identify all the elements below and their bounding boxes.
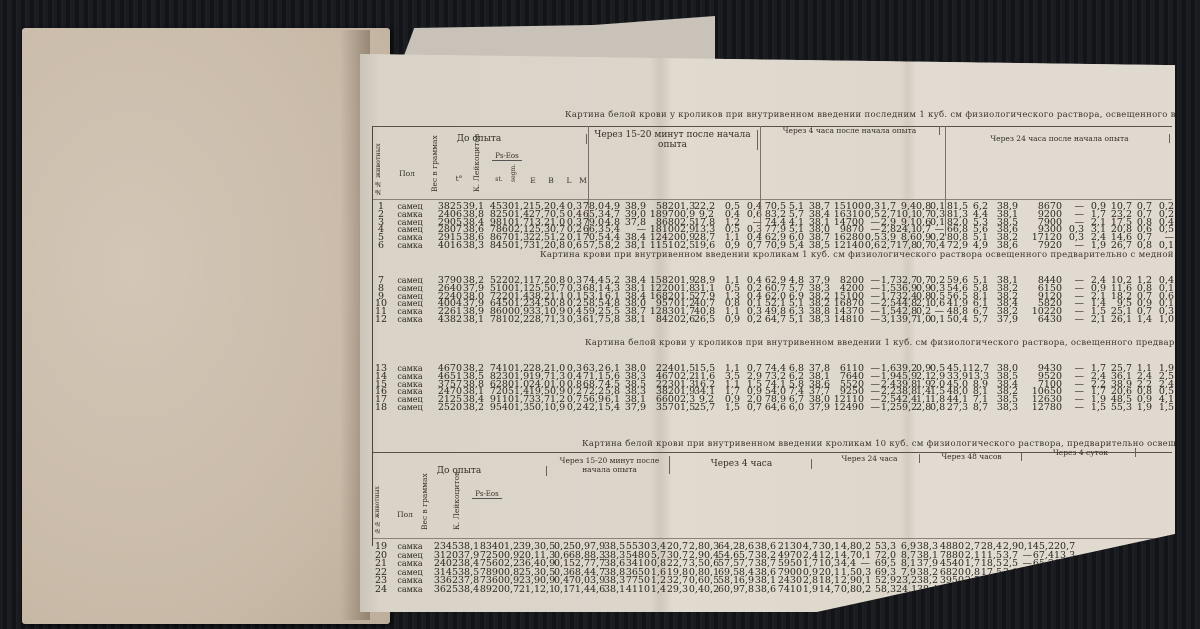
col-sex: Пол: [392, 169, 422, 178]
table-cell: 6,0: [786, 403, 804, 412]
table-cell: 2,5: [964, 576, 980, 585]
table-cell: 26,1: [1106, 315, 1132, 324]
table-cell: 4,6: [590, 585, 604, 594]
table-cell: 38,5: [804, 241, 830, 250]
table-cell: 6470: [938, 585, 964, 594]
table-cell: 0,2: [856, 585, 870, 594]
col-m: M: [578, 176, 588, 185]
table3-caption: Картина белой крови у кроликов при внутр…: [585, 338, 1175, 348]
table-cell: 1,5: [714, 403, 740, 412]
table-cell: 2,5: [680, 241, 694, 250]
t4-header-bottom-rule: [372, 538, 1172, 539]
table-cell: 27,4: [1174, 403, 1175, 412]
table-cell: 58,3: [870, 585, 896, 594]
col-l: L: [564, 176, 574, 185]
table-cell: 8,2: [604, 241, 620, 250]
table-cell: 67,8: [1032, 568, 1054, 577]
t1-group-24h: Через 24 часа после начала опыта: [950, 134, 1170, 143]
t1-header-bottom-rule: [372, 199, 1172, 200]
t1-group-4h: Через 4 часа после начала опыта: [760, 126, 940, 135]
table-cell: 0,8: [550, 241, 564, 250]
table-cell: 37,9: [620, 403, 646, 412]
table-cell: 64,9: [1174, 241, 1175, 250]
table-cell: 38,6: [988, 241, 1018, 250]
table-cell: 67,5: [1032, 585, 1054, 594]
table-cell: 4016: [432, 241, 462, 250]
table-cell: 2,7: [880, 241, 896, 250]
table-cell: 71,4: [568, 585, 590, 594]
col-animal-no: №№ животных: [374, 154, 382, 196]
table-row: 18самец252038,295401,350,10,90,242,15,43…: [374, 403, 1175, 412]
table-cell: 1,5: [1084, 403, 1106, 412]
table-cell: 12780: [1018, 403, 1062, 412]
table-cell: 72,9: [944, 241, 968, 250]
table-cell: 1,4: [1132, 315, 1152, 324]
table-cell: 24,1: [896, 585, 916, 594]
table-cell: 38,6: [754, 585, 776, 594]
foldout-table-sheet: Картина белой крови у кроликов при внутр…: [360, 54, 1175, 612]
table-cell: 6430: [1018, 315, 1062, 324]
table-cell: 1,3: [514, 403, 528, 412]
table-cell: 26,7: [1106, 241, 1132, 250]
table-cell: 57,5: [582, 241, 604, 250]
table-cell: 0,2: [704, 585, 718, 594]
table-cell: —: [1062, 241, 1084, 250]
table-cell: 1,0: [916, 315, 930, 324]
table-cell: 3570: [646, 403, 680, 412]
table-cell: 55,3: [1106, 403, 1132, 412]
table-cell: 38,1: [620, 315, 646, 324]
col-temp: t°: [452, 174, 466, 183]
table-cell: 31,2: [528, 241, 550, 250]
t4-group-24h: Через 24 часа: [820, 454, 920, 463]
table-cell: 60,9: [718, 585, 738, 594]
table-cell: 38,3: [988, 403, 1018, 412]
animal-sex: самка: [388, 585, 432, 594]
table-cell: 26,5: [694, 315, 714, 324]
table-cell: —: [1018, 568, 1032, 577]
t4-col-leuk: К. Лейкоцитов: [452, 490, 461, 530]
table-cell: 0,4: [688, 585, 704, 594]
table-cell: —: [1062, 403, 1084, 412]
table-cell: 1,9: [1002, 585, 1018, 594]
table-cell: 3,1: [1002, 568, 1018, 577]
table-cell: 3,1: [880, 315, 896, 324]
table-cell: 38,4: [458, 585, 478, 594]
table-cell: 29,3: [666, 585, 688, 594]
table-cell: 28,7: [528, 315, 550, 324]
table2-caption: Картина крови при внутривенном введении …: [540, 250, 1175, 260]
table-cell: 0,8: [1132, 241, 1152, 250]
col-b: B: [546, 176, 556, 185]
table-cell: 2,1: [540, 585, 554, 594]
animal-number: 24: [374, 585, 388, 594]
table-cell: 50,4: [944, 315, 968, 324]
table-cell: 1,3: [550, 315, 564, 324]
table-cell: 2,1: [964, 585, 980, 594]
col-st: st.: [494, 176, 504, 183]
table-cell: 5,4: [604, 403, 620, 412]
table-cell: 0,6: [864, 241, 880, 250]
animal-sex: самка: [388, 315, 432, 324]
table-cell: 1,2: [880, 403, 896, 412]
table-cell: 4110: [624, 585, 650, 594]
table-cell: 0,7: [740, 403, 762, 412]
table-cell: 37,9: [988, 315, 1018, 324]
table-cell: 27,3: [944, 403, 968, 412]
table-cell: 2,8: [916, 403, 930, 412]
table-cell: —: [1062, 315, 1084, 324]
table-cell: 0,6: [564, 241, 582, 250]
table-cell: 0,1: [1152, 241, 1174, 250]
table-cell: 8450: [484, 241, 514, 250]
table-cell: 66,8: [1032, 576, 1054, 585]
t4-group-4h: Через 4 часа: [672, 459, 812, 469]
t4-col-sex: Пол: [390, 510, 420, 519]
table-cell: 12140: [830, 241, 864, 250]
table-cell: 5,4: [786, 241, 804, 250]
table-row: 24самка362538,489200,721,12,10,171,44,63…: [374, 585, 1074, 594]
table-cell: 5,8: [604, 315, 620, 324]
table-cell: 1,9: [1132, 403, 1152, 412]
table-cell: 5,7: [968, 315, 988, 324]
table-cell: 7,8: [738, 585, 754, 594]
col-ps-eos: Ps-Eos: [492, 152, 522, 161]
table-cell: 0,2: [564, 403, 582, 412]
table-row: 6самка401638,384501,731,20,80,657,58,238…: [374, 241, 1175, 250]
table-cell: 4382: [432, 315, 462, 324]
animal-number: 18: [374, 403, 388, 412]
table-cell: 11,1: [1054, 559, 1074, 568]
table-cell: 38,3: [804, 315, 830, 324]
table-cell: 2520: [432, 403, 462, 412]
table-cell: 19,6: [694, 241, 714, 250]
table-cell: 1,0: [1152, 315, 1174, 324]
table-cell: 1,9: [802, 585, 818, 594]
table-cell: 7920: [1018, 241, 1062, 250]
table-cell: 1,9: [1084, 241, 1106, 250]
animal-sex: самец: [388, 403, 432, 412]
table-cell: 8,7: [968, 403, 988, 412]
table-cell: 38,1: [604, 585, 624, 594]
table-cell: 0,3: [1018, 576, 1032, 585]
table-cell: 14,7: [818, 585, 840, 594]
table-cell: 0,7: [740, 241, 762, 250]
table-cell: 38,4: [916, 585, 938, 594]
table-cell: 8920: [478, 585, 504, 594]
left-border: [372, 126, 373, 546]
table-cell: 21,1: [518, 585, 540, 594]
col-segm: segm.: [510, 162, 517, 184]
table-cell: —: [864, 403, 880, 412]
table-cell: 0,8: [930, 403, 944, 412]
table-cell: 1,7: [514, 241, 528, 250]
table-cell: 0,9: [550, 403, 564, 412]
table-cell: 0,3: [564, 315, 582, 324]
table-cell: 11510: [646, 241, 680, 250]
table-cell: 0,4: [930, 241, 944, 250]
table-cell: 9540: [484, 403, 514, 412]
table-cell: 8420: [646, 315, 680, 324]
table-cell: 17,8: [896, 241, 916, 250]
animal-number: 6: [374, 241, 388, 250]
table-cell: 38,3: [462, 241, 484, 250]
table-cell: 1,5: [680, 403, 694, 412]
table-cell: 0,9: [714, 241, 740, 250]
table-cell: 59,2: [896, 403, 916, 412]
divider: [945, 126, 946, 236]
table-row: 12самка438238,178102,228,71,30,361,75,83…: [374, 315, 1175, 324]
table-cell: 2,1: [1002, 576, 1018, 585]
table-cell: 12,7: [980, 576, 1002, 585]
left-blank-page: [22, 28, 390, 624]
table-cell: 65,2: [1032, 559, 1054, 568]
table-cell: 39,7: [896, 315, 916, 324]
table-cell: —: [864, 315, 880, 324]
t4-group-4d: Через 4 суток: [1026, 448, 1136, 457]
col-weight: Вес в граммах: [430, 152, 439, 192]
table-cell: 7410: [776, 585, 802, 594]
table-cell: 64,6: [762, 403, 786, 412]
table-cell: 0,7: [916, 241, 930, 250]
table-cell: 5,1: [786, 315, 804, 324]
table-cell: 0,2: [1018, 585, 1032, 594]
t4-group-15-20: Через 15-20 минут после начала опыта: [550, 456, 670, 474]
table-cell: 0,7: [504, 585, 518, 594]
table1-caption: Картина белой крови у кроликов при внутр…: [565, 110, 1175, 120]
t1-group-15-20: Через 15-20 минут после начала опыта: [588, 130, 758, 150]
table-cell: 2,6: [680, 315, 694, 324]
divider: [760, 126, 761, 236]
table-cell: 38,1: [620, 241, 646, 250]
table-cell: 3625: [432, 585, 458, 594]
table-cell: 7810: [484, 315, 514, 324]
table-cell: 37,9: [804, 403, 830, 412]
t4-group-48h: Через 48 часов: [922, 452, 1022, 461]
table-cell: 70,9: [762, 241, 786, 250]
table-cell: 15,6: [1054, 576, 1074, 585]
table-cell: 25,7: [694, 403, 714, 412]
table-cell: 50,1: [528, 403, 550, 412]
table-cell: 4,9: [968, 241, 988, 250]
table-cell: 10,8: [1054, 568, 1074, 577]
col-e: E: [528, 176, 538, 185]
table-cell: 64,7: [762, 315, 786, 324]
table-cell: 42,1: [582, 403, 604, 412]
animal-number: 12: [374, 315, 388, 324]
table-cell: 0,8: [840, 585, 856, 594]
table-cell: 1,5: [1152, 403, 1174, 412]
table-cell: 0,2: [740, 315, 762, 324]
t4-col-ps-eos: Ps-Eos: [472, 490, 502, 499]
table-cell: 38,1: [462, 315, 484, 324]
t4-col-weight: Вес в граммах: [420, 490, 429, 530]
divider: [588, 126, 589, 236]
table-cell: 60,5: [1174, 315, 1175, 324]
table-cell: 17,6: [1054, 585, 1074, 594]
table-cell: 0,1: [930, 315, 944, 324]
table-cell: 1,4: [650, 585, 666, 594]
table-cell: 0,1: [554, 585, 568, 594]
table-cell: 61,7: [582, 315, 604, 324]
table-cell: 12490: [830, 403, 864, 412]
table-cell: 14810: [830, 315, 864, 324]
table-cell: 2,1: [1084, 315, 1106, 324]
col-leuk: К. Лейкоцитов: [472, 150, 481, 192]
table-cell: 0,9: [714, 315, 740, 324]
t4-col-animal-no: №№ животных: [374, 494, 381, 534]
table-cell: 2,2: [514, 315, 528, 324]
table-cell: 10,7: [980, 585, 1002, 594]
table-cell: 38,2: [462, 403, 484, 412]
animal-sex: самка: [388, 241, 432, 250]
